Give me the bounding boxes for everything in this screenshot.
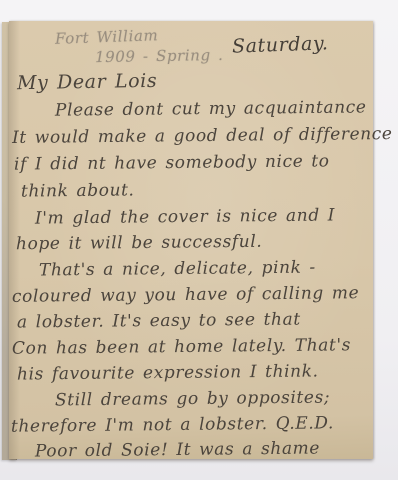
- pencil-annotation-date: 1909 - Spring .: [95, 46, 224, 66]
- letter-scan: Fort William 1909 - Spring . Saturday. M…: [0, 0, 398, 480]
- letter-line: Con has been at home lately. That's: [12, 335, 351, 359]
- letter-line: hope it will be successful.: [16, 232, 263, 255]
- pencil-annotation-place: Fort William: [55, 26, 159, 48]
- letter-line: I'm glad the cover is nice and I: [35, 205, 335, 228]
- letter-line: Still dreams go by opposites;: [55, 388, 330, 411]
- salutation: My Dear Lois: [17, 70, 158, 94]
- letter-line: Poor old Soie! It was a shame: [35, 439, 320, 462]
- letter-line: therefore I'm not a lobster. Q.E.D.: [11, 413, 334, 436]
- letter-paper: Fort William 1909 - Spring . Saturday. M…: [9, 21, 373, 459]
- letter-line: Please dont cut my acquaintance: [55, 97, 367, 120]
- letter-line: It would make a good deal of difference: [12, 124, 393, 148]
- letter-line: think about.: [21, 180, 135, 201]
- letter-line: That's a nice, delicate, pink -: [39, 258, 316, 281]
- letter-line: his favourite expression I think.: [17, 361, 319, 384]
- letter-line: a lobster. It's easy to see that: [17, 310, 301, 333]
- letter-line: coloured way you have of calling me: [12, 283, 359, 307]
- dateline: Saturday.: [232, 32, 329, 57]
- letter-line: if I did nt have somebody nice to: [14, 151, 330, 174]
